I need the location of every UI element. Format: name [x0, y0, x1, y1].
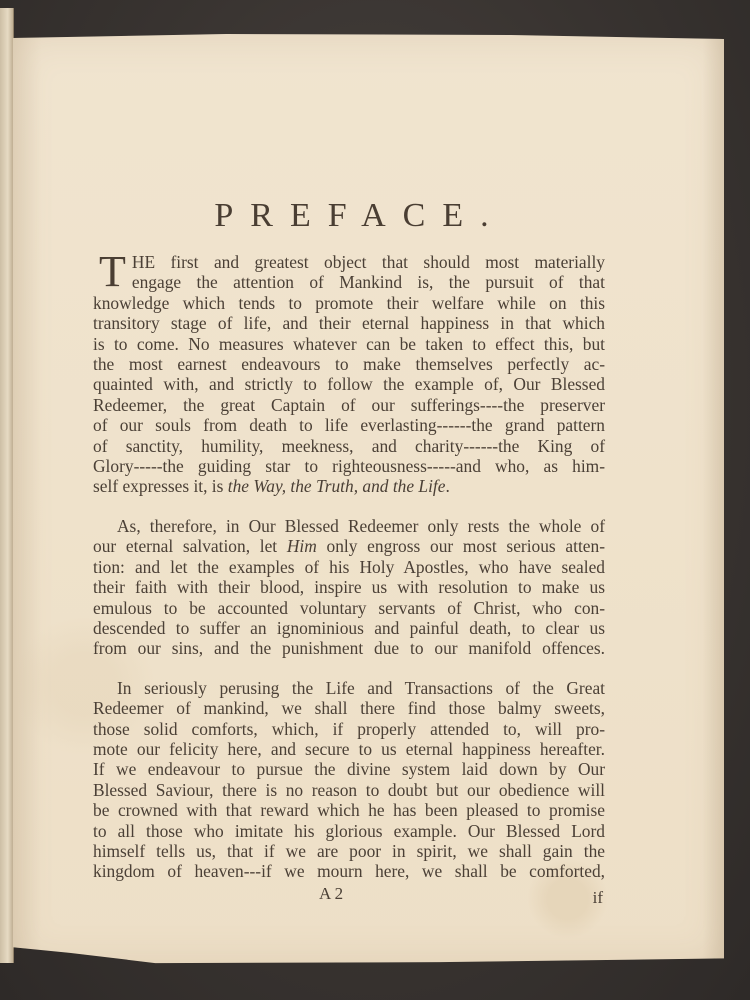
- text-line: Glory-----the guiding star to righteousn…: [93, 456, 605, 476]
- text-run: .: [445, 476, 449, 496]
- text-line: those solid comforts, which, if properly…: [93, 719, 605, 739]
- text-line: kingdom of heaven---if we mourn here, we…: [93, 861, 605, 881]
- text-line: of sanctity, humility, meekness, and cha…: [93, 436, 605, 456]
- text-line: himself tells us, that if we are poor in…: [93, 841, 605, 861]
- page-content: PREFACE. T HE first and greatest object …: [93, 194, 605, 908]
- text-line: their faith with their blood, inspire us…: [93, 577, 605, 597]
- page-footer: A 2 if: [93, 884, 605, 908]
- book-page: PREFACE. T HE first and greatest object …: [13, 34, 724, 964]
- text-line: tion: and let the examples of his Holy A…: [93, 557, 605, 577]
- text-line: quainted with, and strictly to follow th…: [93, 374, 605, 394]
- text-line: transitory stage of life, and their eter…: [93, 313, 605, 333]
- text-line: engage the attention of Mankind is, the …: [93, 272, 605, 292]
- text-line: descended to suffer an ignominious and p…: [93, 618, 605, 638]
- text-line: Blessed Saviour, there is no reason to d…: [93, 780, 605, 800]
- text-line: knowledge which tends to promote their w…: [93, 293, 605, 313]
- text-line: to all those who imitate his glorious ex…: [93, 821, 605, 841]
- text-line: In seriously perusing the Life and Trans…: [93, 678, 605, 698]
- text-line: If we endeavour to pursue the divine sys…: [93, 759, 605, 779]
- catchword: if: [593, 888, 603, 908]
- text-line: emulous to be accounted voluntary servan…: [93, 598, 605, 618]
- text-line: from our sins, and the punishment due to…: [93, 638, 605, 658]
- text-line: As, therefore, in Our Blessed Redeemer o…: [93, 516, 605, 536]
- text-line: mote our felicity here, and secure to us…: [93, 739, 605, 759]
- text-line-last: self expresses it, is the Way, the Truth…: [93, 476, 605, 496]
- paragraph-gap: [93, 497, 605, 516]
- text-line: Redeemer of mankind, we shall there find…: [93, 698, 605, 718]
- text-run: only engross our most serious atten-: [317, 536, 605, 556]
- page-title: PREFACE.: [115, 194, 605, 238]
- italic-word: Him: [287, 536, 317, 556]
- previous-page-edge: [0, 8, 14, 963]
- paragraph-2: As, therefore, in Our Blessed Redeemer o…: [93, 516, 605, 659]
- italic-quote: the Way, the Truth, and the Life: [228, 476, 446, 496]
- text-run: self expresses it, is: [93, 476, 228, 496]
- drop-cap: T: [99, 254, 126, 290]
- paragraph-3: In seriously perusing the Life and Trans…: [93, 678, 605, 882]
- paragraph-1: T HE first and greatest object that shou…: [93, 252, 605, 497]
- text-line: Redeemer, the great Captain of our suffe…: [93, 395, 605, 415]
- text-line: is to come. No measures whatever can be …: [93, 334, 605, 354]
- text-line: be crowned with that reward which he has…: [93, 800, 605, 820]
- paragraph-gap: [93, 659, 605, 678]
- text-line: HE first and greatest object that should…: [93, 252, 605, 272]
- text-line: the most earnest endeavours to make them…: [93, 354, 605, 374]
- signature-mark: A 2: [319, 884, 343, 904]
- text-line: of our souls from death to life everlast…: [93, 415, 605, 435]
- text-run: our eternal salvation, let: [93, 536, 287, 556]
- text-line: our eternal salvation, let Him only engr…: [93, 536, 605, 556]
